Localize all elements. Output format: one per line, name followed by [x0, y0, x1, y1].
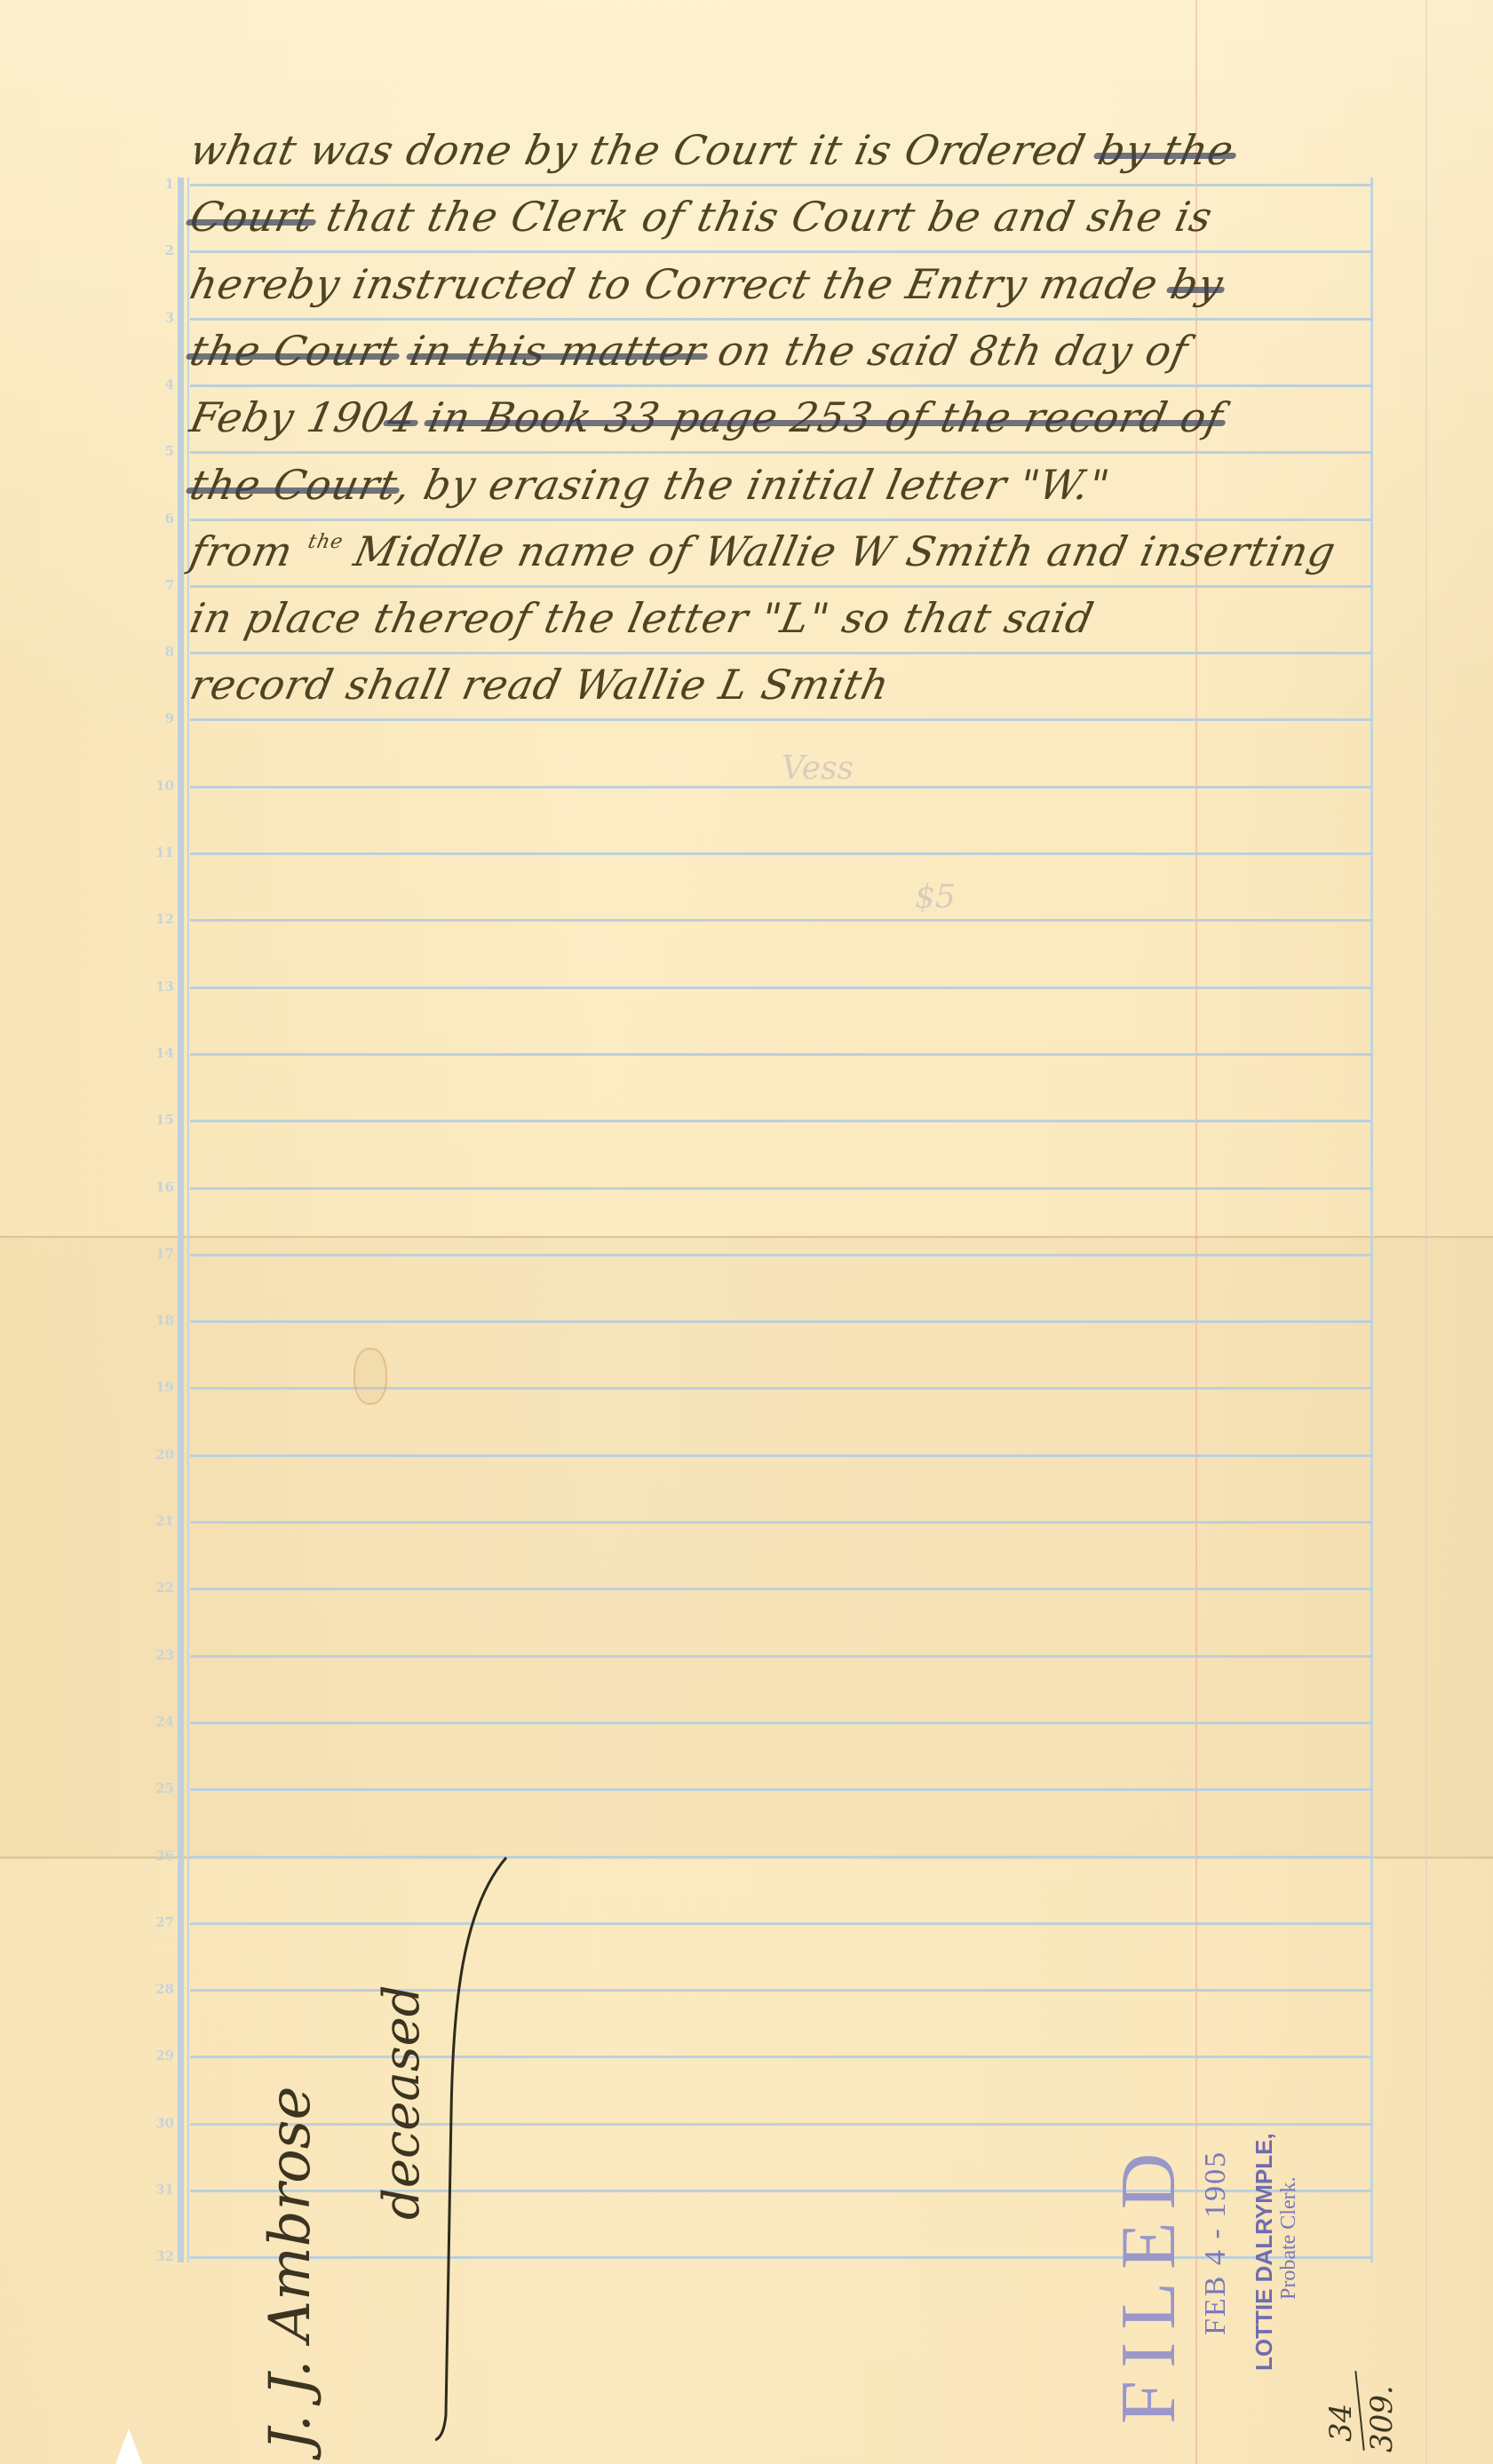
handwritten-line: hereby instructed to Correct the Entry m… [186, 260, 1227, 308]
struck-through-text: by [1166, 260, 1227, 308]
handwritten-text: record shall read Wallie L Smith [186, 661, 893, 709]
handwritten-line: Feby 1904 in Book 33 page 253 of the rec… [186, 393, 1227, 441]
struck-through-text: the Court [186, 461, 401, 509]
handwritten-text: in place thereof the letter "L" so that … [186, 594, 1098, 642]
handwritten-text: on the said 8th day of [700, 327, 1193, 375]
filed-stamp: FILED FEB 4 - 1905 LOTTIE DALRYMPLE, Pro… [1101, 2024, 1332, 2433]
handwritten-text: Middle name of Wallie W Smith and insert… [336, 527, 1340, 575]
handwritten-line: what was done by the Court it is Ordered… [186, 126, 1238, 174]
docket-notation: J. J. Ambrose deceased [222, 1847, 542, 2451]
file-number-denominator: 309. [1364, 2385, 1400, 2452]
handwritten-text: that the Clerk of this Court be and she … [308, 193, 1217, 241]
handwritten-line: in place thereof the letter "L" so that … [186, 594, 1098, 642]
handwritten-line: Court that the Clerk of this Court be an… [186, 193, 1217, 241]
handwritten-line: the Court, by erasing the initial letter… [186, 461, 1114, 509]
docket-brace-stroke [435, 1847, 533, 2451]
handwritten-line: the Court in this matter on the said 8th… [186, 327, 1193, 375]
file-number-numerator: 34 [1323, 2404, 1359, 2442]
struck-through-text: in Book 33 page 253 of the record of [425, 393, 1228, 441]
struck-through-text: in this matter [406, 327, 711, 375]
caret-insertion: the [306, 531, 345, 553]
handwritten-line: record shall read Wallie L Smith [186, 661, 893, 709]
struck-through-text: by the [1093, 126, 1238, 174]
stamp-filed-word: FILED [1110, 2141, 1188, 2424]
struck-through-text: Court [186, 193, 318, 241]
stamp-date: FEB 4 - 1905 [1199, 2151, 1233, 2335]
handwritten-text: hereby instructed to Correct the Entry m… [186, 260, 1177, 308]
handwritten-line: from the Middle name of Wallie W Smith a… [186, 527, 1340, 575]
file-number: 34 309. [1323, 2353, 1403, 2460]
handwritten-text: , by erasing the initial letter "W." [392, 461, 1114, 509]
docket-name: J. J. Ambrose [258, 2087, 323, 2451]
handwritten-text: from [186, 527, 311, 575]
stamp-clerk-name: LOTTIE DALRYMPLE, [1251, 2133, 1278, 2371]
struck-through-text: the Court [186, 327, 401, 375]
handwritten-text: what was done by the Court it is Ordered [186, 126, 1104, 174]
stamp-clerk-title: Probate Clerk. [1277, 2176, 1301, 2300]
handwritten-text: Feby 190 [186, 393, 393, 441]
docket-status: deceased [373, 1985, 431, 2220]
